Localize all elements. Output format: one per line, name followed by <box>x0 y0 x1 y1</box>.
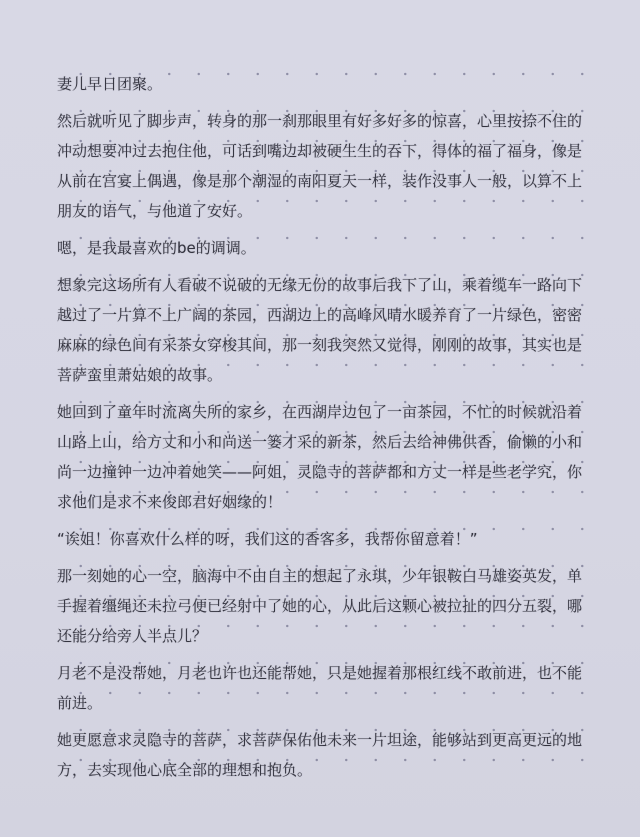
paragraph-2: 然后就听见了脚步声，转身的那一刹那眼里有好多好多的惊喜，心里按捺不住的冲动想要冲… <box>57 106 587 226</box>
paragraph-8: 月老不是没帮她，月老也许也还能帮她，只是她握着那根红线不敢前进，也不能前进。 <box>57 658 587 718</box>
paragraph-4: 想象完这场所有人看破不说破的无缘无份的故事后我下了山，乘着缆车一路向下越过了一片… <box>57 270 587 390</box>
paragraph-5: 她回到了童年时流离失所的家乡，在西湖岸边包了一亩茶园，不忙的时候就沿着山路上山，… <box>57 397 587 517</box>
paragraph-1: 妻儿早日团聚。 <box>57 69 587 99</box>
paragraph-9: 她更愿意求灵隐寺的菩萨，求菩萨保佑他未来一片坦途，能够站到更高更远的地方，去实现… <box>57 725 587 785</box>
paragraph-6-dialogue: “诶姐！你喜欢什么样的呀，我们这的香客多，我帮你留意着！” <box>57 524 587 554</box>
handwritten-text-page: 妻儿早日团聚。 然后就听见了脚步声，转身的那一刹那眼里有好多好多的惊喜，心里按捺… <box>0 0 640 837</box>
paragraph-7: 那一刻她的心一空，脑海中不由自主的想起了永琪，少年银鞍白马雄姿英发，单手握着缰绳… <box>57 561 587 651</box>
paragraph-3: 嗯，是我最喜欢的be的调调。 <box>57 233 587 263</box>
